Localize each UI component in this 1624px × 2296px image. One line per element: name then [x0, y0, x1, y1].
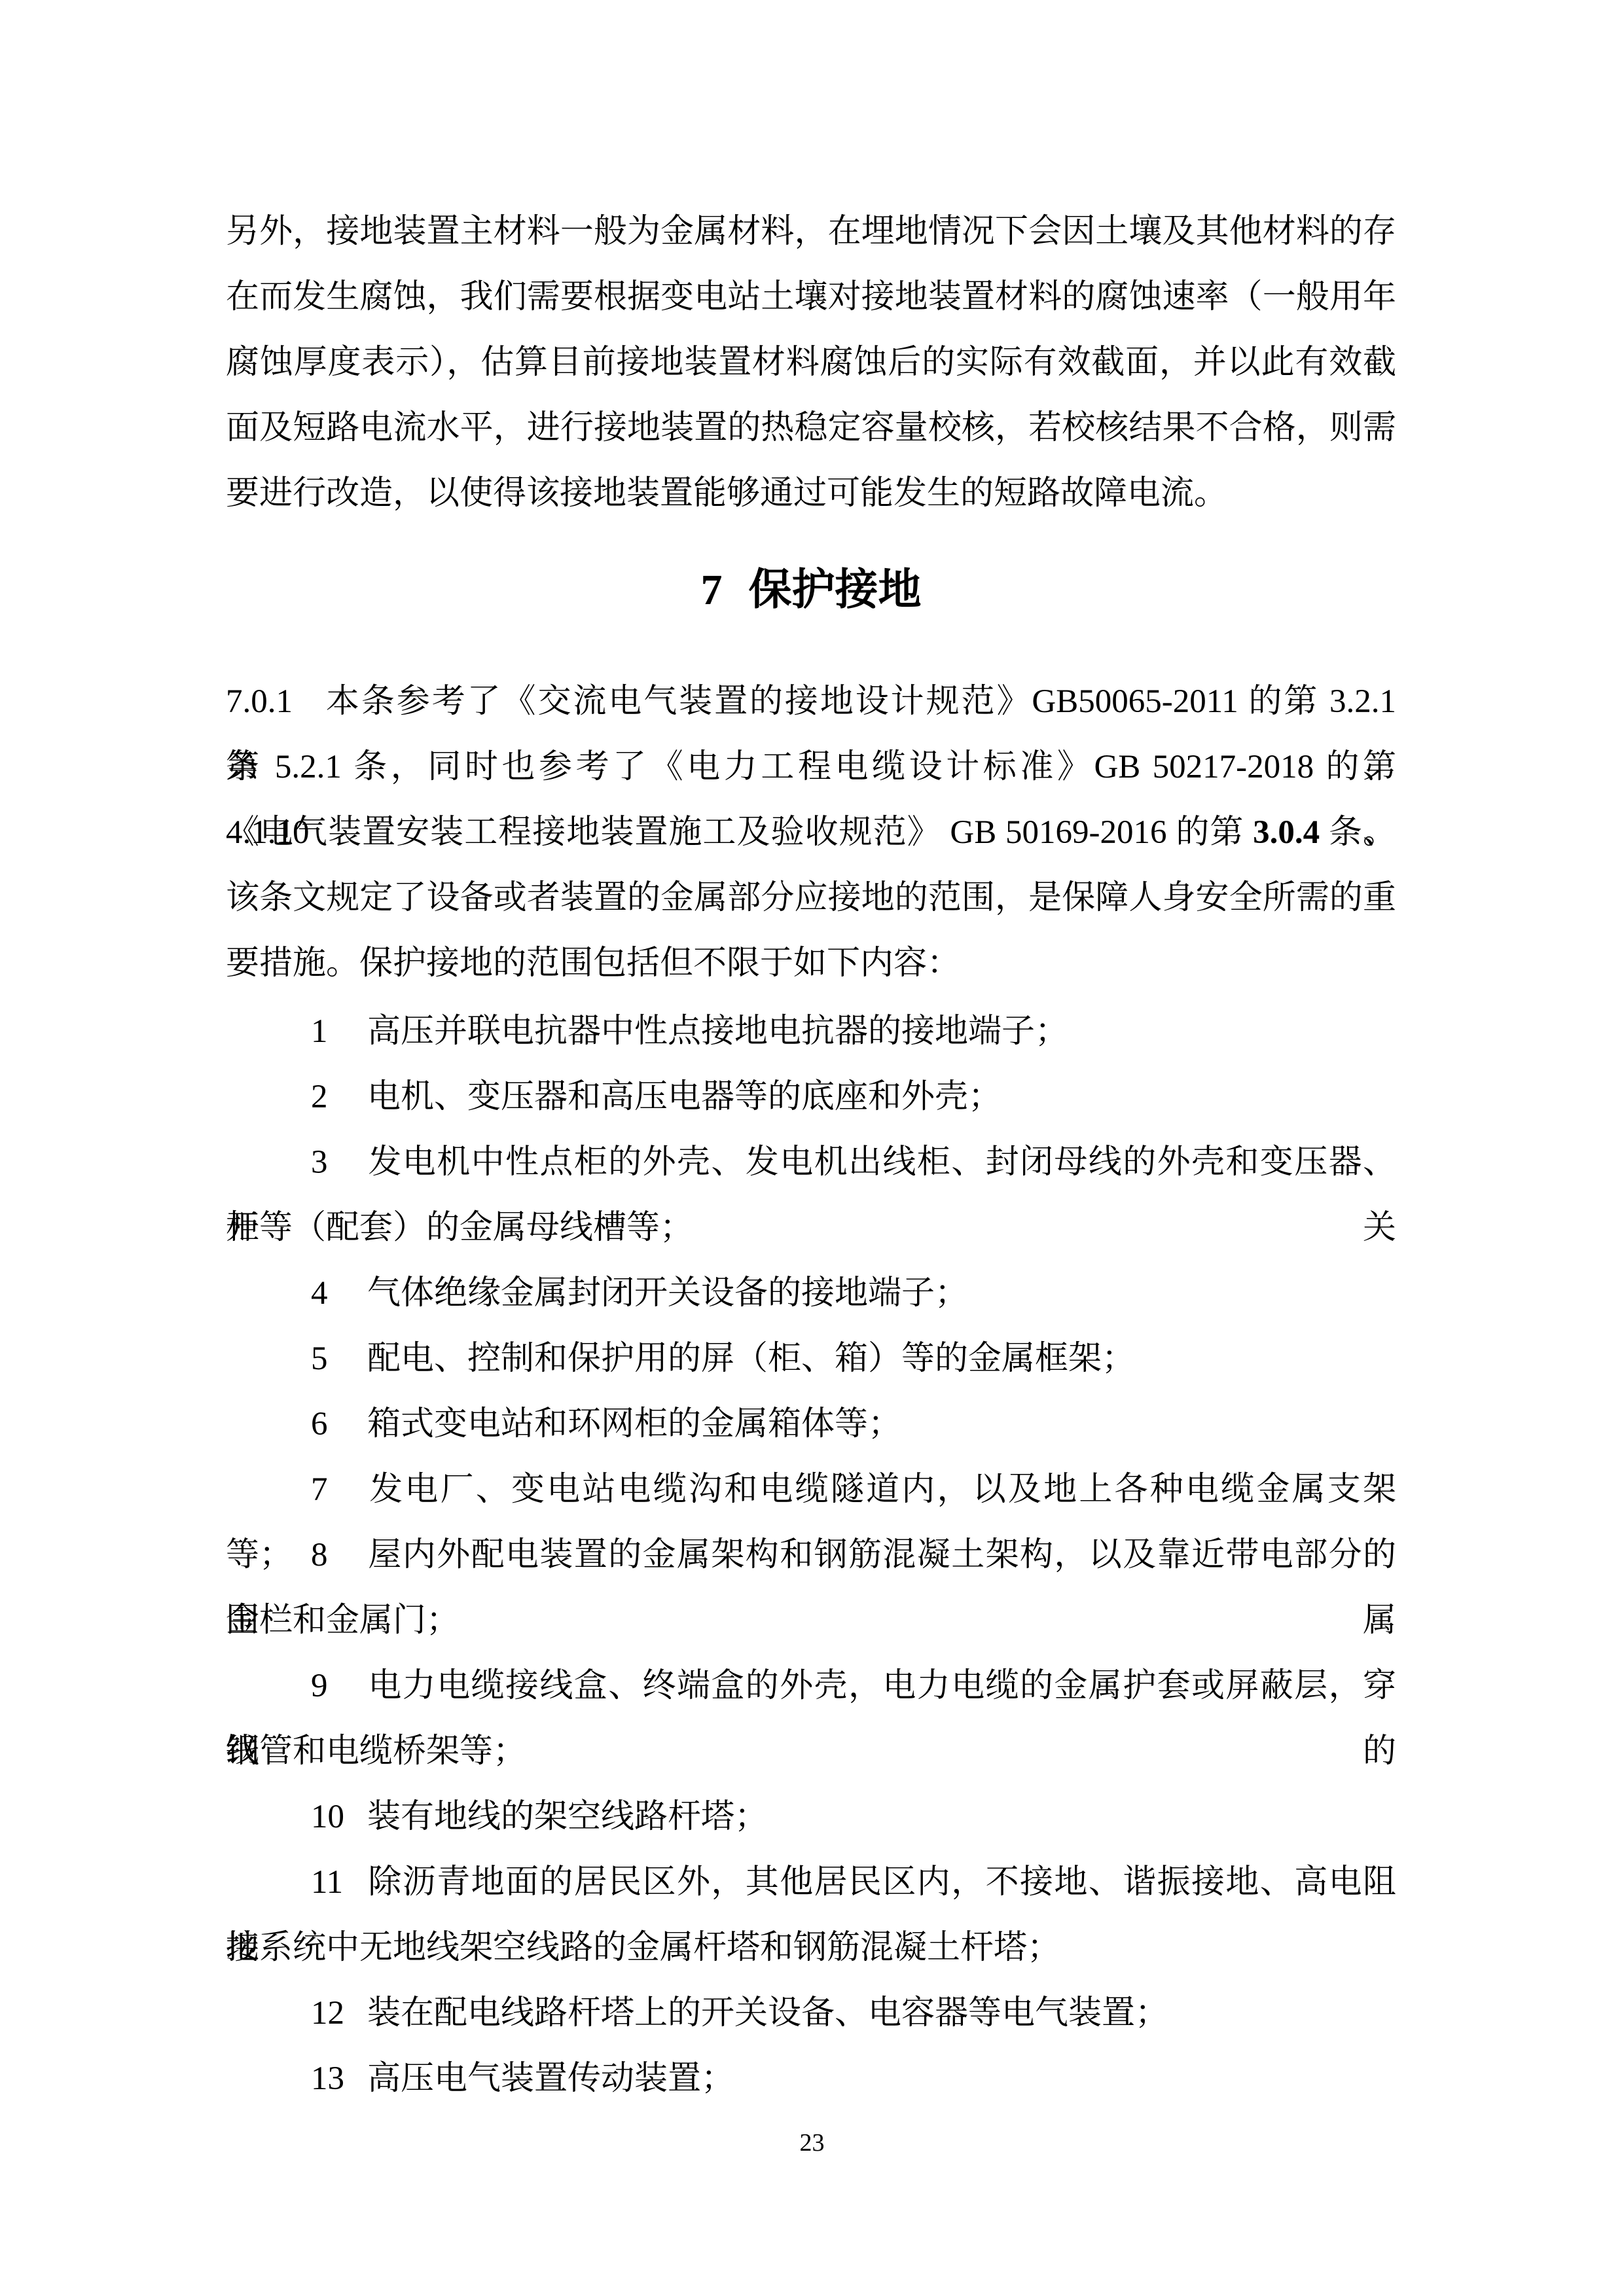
list-item: 4气体绝缘金属封闭开关设备的接地端子；: [226, 1261, 1396, 1326]
document-page: 另外，接地装置主材料一般为金属材料，在埋地情况下会因土壤及其他材料的存 在而发生…: [0, 0, 1624, 2296]
list-item: 1高压并联电抗器中性点接地电抗器的接地端子；: [226, 999, 1396, 1064]
clause-bold-ref: 3.0.4: [1253, 814, 1320, 851]
paragraph-line: 另外，接地装置主材料一般为金属材料，在埋地情况下会因土壤及其他材料的存: [226, 199, 1396, 264]
list-item: 13高压电气装置传动装置；: [226, 2046, 1396, 2111]
list-item-text: 高压并联电抗器中性点接地电抗器的接地端子；: [367, 1013, 1068, 1050]
list-item-text: 装有地线的架空线路杆塔；: [367, 1799, 768, 1835]
section-heading: 7保护接地: [226, 541, 1396, 639]
paragraph-line: 要措施。保护接地的范围包括但不限于如下内容：: [226, 931, 1396, 996]
list-item-number: 7: [311, 1457, 349, 1522]
list-item: 9电力电缆接线盒、终端盒的外壳，电力电缆的金属护套或屏蔽层，穿线的: [226, 1653, 1396, 1719]
list-item-text: 装在配电线路杆塔上的开关设备、电容器等电气装置；: [367, 1995, 1168, 2032]
paragraph-line: 在而发生腐蚀，我们需要根据变电站土壤对接地装置材料的腐蚀速率（一般用年: [226, 264, 1396, 330]
clause-paragraph: 7.0.1本条参考了《交流电气装置的接地设计规范》GB50065-2011 的第…: [226, 669, 1396, 996]
list-item-number: 5: [311, 1326, 349, 1391]
page-number: 23: [0, 2128, 1624, 2157]
intro-paragraph: 另外，接地装置主材料一般为金属材料，在埋地情况下会因土壤及其他材料的存 在而发生…: [226, 199, 1396, 526]
list-item-wrap-line: 地系统中无地线架空线路的金属杆塔和钢筋混凝土杆塔；: [226, 1915, 1396, 1981]
list-item-number: 10: [311, 1784, 349, 1850]
list-item: 12装在配电线路杆塔上的开关设备、电容器等电气装置；: [226, 1981, 1396, 2046]
list-item: 11除沥青地面的居民区外，其他居民区内，不接地、谐振接地、高电阻接: [226, 1850, 1396, 1915]
list-item: 7发电厂、变电站电缆沟和电缆隧道内，以及地上各种电缆金属支架等；: [226, 1457, 1396, 1522]
paragraph-line: 《电气装置安装工程接地装置施工及验收规范》 GB 50169-2016 的第 3…: [226, 800, 1396, 865]
list-item-number: 4: [311, 1261, 349, 1326]
list-item-text: 箱式变电站和环网柜的金属箱体等；: [367, 1406, 901, 1443]
paragraph-line: 第 5.2.1 条，同时也参考了《电力工程电缆设计标准》GB 50217-201…: [226, 734, 1396, 800]
list-item-text: 气体绝缘金属封闭开关设备的接地端子；: [367, 1275, 968, 1312]
list-item-text: 配电、控制和保护用的屏（柜、箱）等的金属框架；: [367, 1340, 1135, 1377]
page-content: 另外，接地装置主材料一般为金属材料，在埋地情况下会因土壤及其他材料的存 在而发生…: [226, 199, 1396, 2111]
clause-text: 条。: [1320, 814, 1396, 851]
list-item-number: 13: [311, 2046, 349, 2111]
list-item-number: 1: [311, 999, 349, 1064]
list-item-text: 电机、变压器和高压电器等的底座和外壳；: [367, 1079, 1001, 1115]
list-item: 10装有地线的架空线路杆塔；: [226, 1784, 1396, 1850]
list-item-number: 3: [311, 1130, 349, 1195]
list-item: 8屋内外配电装置的金属架构和钢筋混凝土架构，以及靠近带电部分的金属: [226, 1522, 1396, 1588]
list-item-number: 2: [311, 1064, 349, 1130]
list-item: 6箱式变电站和环网柜的金属箱体等；: [226, 1391, 1396, 1457]
list-item-number: 11: [311, 1850, 349, 1915]
list-item: 5配电、控制和保护用的屏（柜、箱）等的金属框架；: [226, 1326, 1396, 1391]
numbered-list: 1高压并联电抗器中性点接地电抗器的接地端子； 2电机、变压器和高压电器等的底座和…: [226, 999, 1396, 2111]
section-heading-title: 保护接地: [749, 566, 922, 614]
clause-text: 《电气装置安装工程接地装置施工及验收规范》 GB 50169-2016 的第: [226, 814, 1253, 851]
paragraph-line: 该条文规定了设备或者装置的金属部分应接地的范围，是保障人身安全所需的重: [226, 865, 1396, 931]
list-item: 2电机、变压器和高压电器等的底座和外壳；: [226, 1064, 1396, 1130]
paragraph-line: 要进行改造，以使得该接地装置能够通过可能发生的短路故障电流。: [226, 461, 1396, 526]
paragraph-line: 面及短路电流水平，进行接地装置的热稳定容量校核，若校核结果不合格，则需: [226, 395, 1396, 461]
paragraph-line: 腐蚀厚度表示），估算目前接地装置材料腐蚀后的实际有效截面，并以此有效截: [226, 330, 1396, 395]
list-item-number: 6: [311, 1391, 349, 1457]
list-item-text: 高压电气装置传动装置；: [367, 2060, 734, 2097]
paragraph-line: 7.0.1本条参考了《交流电气装置的接地设计规范》GB50065-2011 的第…: [226, 669, 1396, 734]
list-item: 3发电机中性点柜的外壳、发电机出线柜、封闭母线的外壳和变压器、开关: [226, 1130, 1396, 1195]
clause-number: 7.0.1: [226, 683, 293, 720]
list-item-number: 12: [311, 1981, 349, 2046]
list-item-number: 9: [311, 1653, 349, 1719]
section-heading-number: 7: [701, 566, 723, 614]
list-item-number: 8: [311, 1522, 349, 1588]
